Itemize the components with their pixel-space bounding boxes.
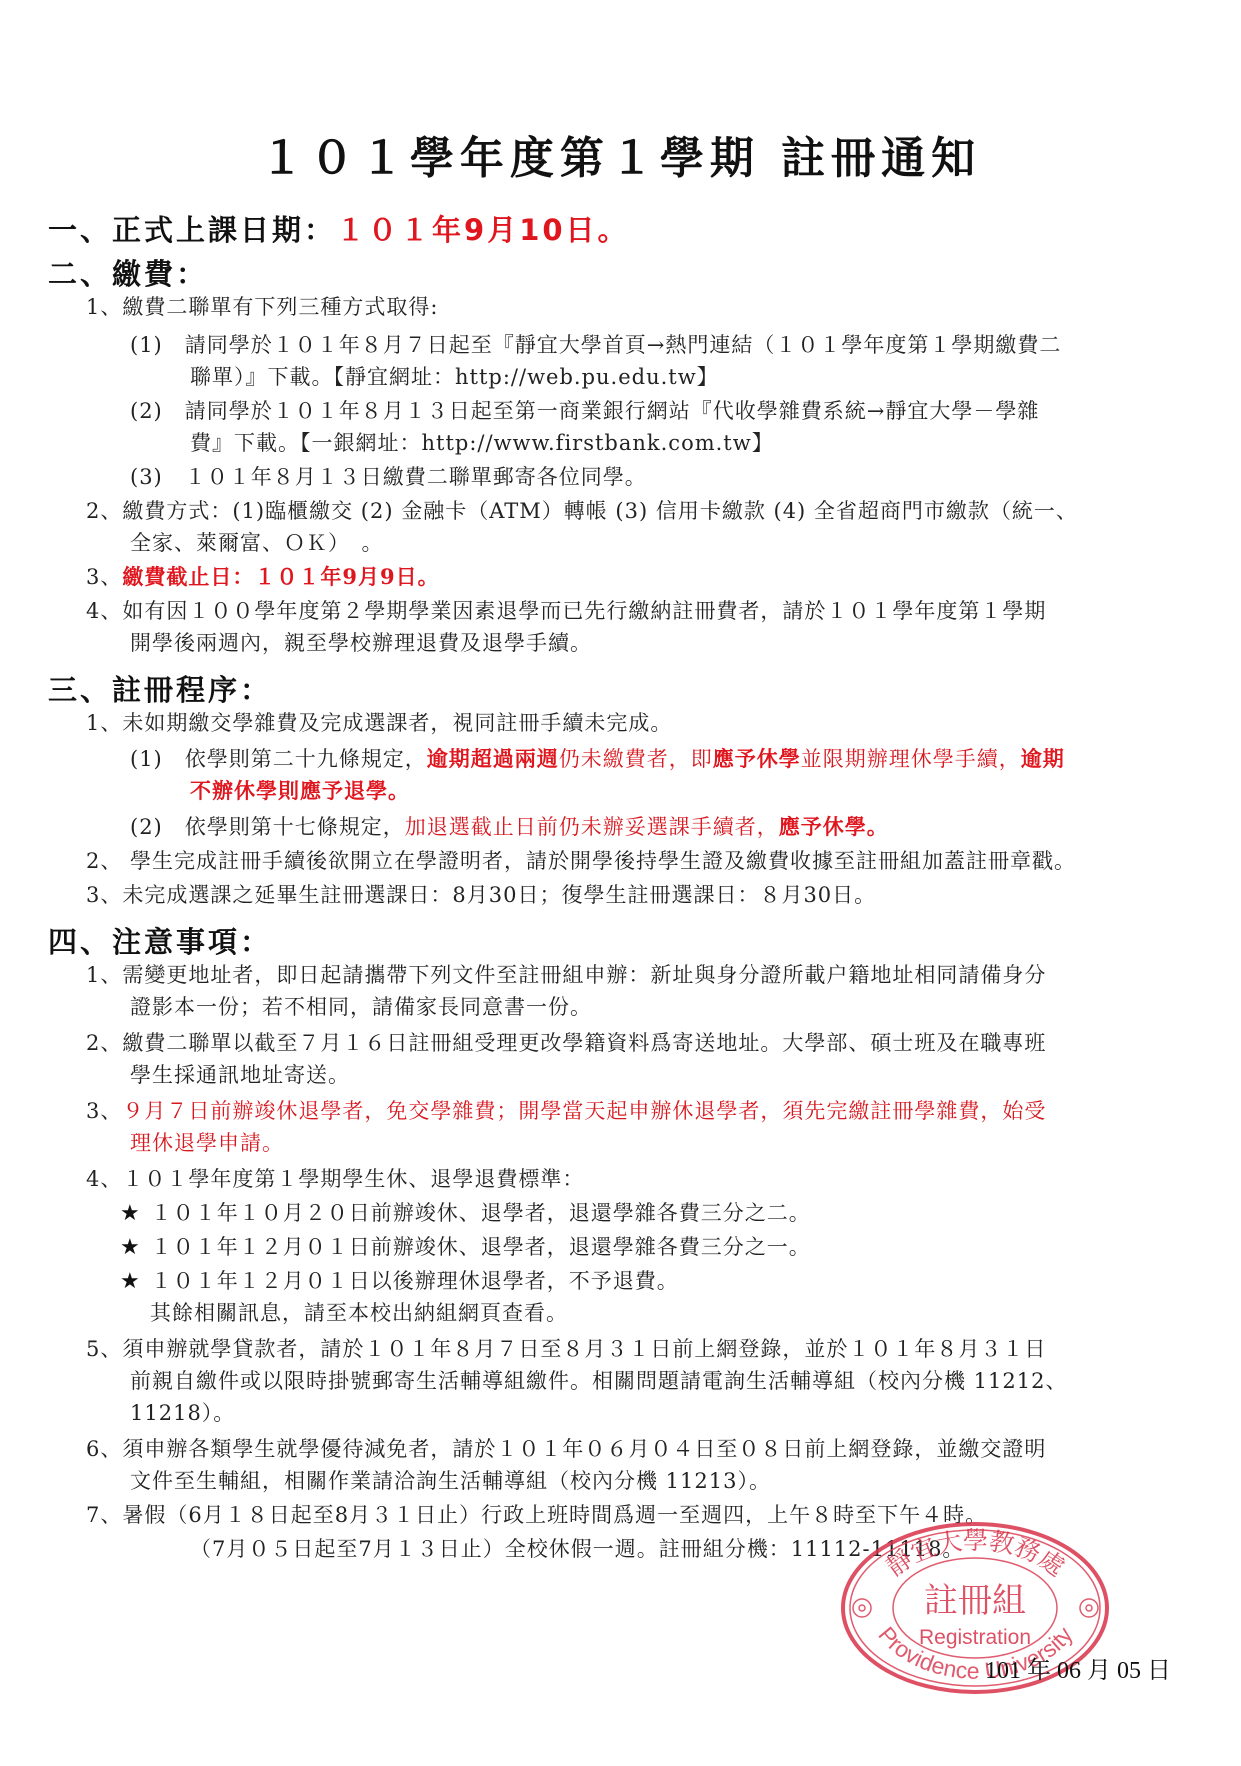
notice-item-1-cont: 證影本一份；若不相同，請備家長同意書一份。 [130, 992, 592, 1022]
refund-more-info: 其餘相關訊息，請至本校出納組網頁查看。 [150, 1298, 568, 1328]
notice-item-4: 4、１０１學年度第１學期學生休、退學退費標準： [86, 1164, 584, 1194]
star-bullet-icon: ★ [120, 1269, 141, 1294]
payment-deadline: 繳費截止日：１０１年9月9日。 [122, 564, 439, 589]
stamp-center-text: 註冊組 [924, 1581, 1026, 1621]
payment-item-3: 3、繳費截止日：１０１年9月9日。 [86, 562, 440, 592]
notice-item-2-cont: 學生採通訊地址寄送。 [130, 1060, 350, 1090]
registration-item-1: 1、未如期繳交學雜費及完成選課者，視同註冊手續未完成。 [86, 708, 672, 738]
refund-standard-2: ★１０１年１２月０１日前辦竣休、退學者，退還學雜各費三分之一。 [120, 1232, 811, 1263]
stamp-english-text: Registration [919, 1626, 1031, 1649]
notice-item-6: 6、須申辦各類學生就學優待減免者，請於１０１年０６月０４日至０８日前上網登錄，並… [86, 1434, 1046, 1464]
payment-method-2-cont: 費』下載。【一銀網址：http://www.firstbank.com.tw】 [190, 428, 774, 458]
notice-item-3: 3、９月７日前辦竣休退學者，免交學雜費；開學當天起申辦休退學者，須先完繳註冊學雜… [86, 1096, 1046, 1126]
notice-item-5-cont2: 11218）。 [130, 1398, 235, 1428]
notice-item-6-cont: 文件至生輔組，相關作業請洽詢生活輔導組（校內分機 11213）。 [130, 1466, 771, 1496]
notice-item-5: 5、須申辦就學貸款者，請於１０１年８月７日至８月３１日前上網登錄，並於１０１年８… [86, 1334, 1046, 1364]
notice-item-1: 1、需變更地址者，即日起請攜帶下列文件至註冊組申辦：新址與身分證所載户籍地址相同… [86, 960, 1046, 990]
class-start-date: １０１年9月10日。 [336, 213, 630, 247]
payment-item-2: 2、繳費方式：(1)臨櫃繳交 (2) 金融卡（ATM）轉帳 (3) 信用卡繳款 … [86, 496, 1078, 526]
payment-method-1: (1) 請同學於１０１年８月７日起至『靜宜大學首頁→熱門連結（１０１學年度第１學… [130, 330, 1061, 360]
payment-item-1: 1、繳費二聯單有下列三種方式取得: [86, 292, 438, 322]
registration-item-3: 3、未完成選課之延畢生註冊選課日：8月30日；復學生註冊選課日：８月30日。 [86, 880, 876, 910]
document-title: １０１學年度第１學期 註冊通知 [0, 122, 1241, 186]
registration-item-2: 2、 學生完成註冊手續後欲開立在學證明者，請於開學後持學生證及繳費收據至註冊組加… [86, 846, 1076, 876]
registration-rule-29: (1) 依學則第二十九條規定，逾期超過兩週仍未繳費者，即應予休學並限期辦理休學手… [130, 744, 1065, 774]
payment-method-1-cont: 聯單）』下載。【靜宜網址：http://web.pu.edu.tw】 [190, 362, 719, 392]
refund-standard-3: ★１０１年１２月０１日以後辦理休退學者，不予退費。 [120, 1266, 679, 1297]
refund-standard-1: ★１０１年１０月２０日前辦竣休、退學者，退還學雜各費三分之二。 [120, 1198, 811, 1229]
payment-item-3-number: 3、 [86, 565, 122, 589]
payment-item-4-cont: 開學後兩週內，親至學校辦理退費及退學手續。 [130, 628, 592, 658]
plum-blossom-icon [853, 1599, 871, 1617]
section-4-heading: 四、注意事項： [48, 920, 272, 961]
plum-blossom-icon [1080, 1599, 1098, 1617]
payment-item-2-cont: 全家、萊爾富、ＯＫ） 。 [130, 528, 384, 558]
payment-item-4: 4、如有因１００學年度第２學期學業因素退學而已先行繳納註冊費者，請於１０１學年度… [86, 596, 1046, 626]
section-1-label: 一、正式上課日期： [48, 213, 336, 247]
section-2-heading: 二、繳費： [48, 252, 208, 293]
star-bullet-icon: ★ [120, 1235, 141, 1260]
withdrawal-fee-notice: ９月７日前辦竣休退學者，免交學雜費；開學當天起申辦休退學者，須先完繳註冊學雜費，… [122, 1099, 1046, 1123]
registration-rule-29-cont: 不辦休學則應予退學。 [190, 776, 410, 806]
notice-item-3-cont: 理休退學申請。 [130, 1128, 284, 1158]
payment-method-2: (2) 請同學於１０１年８月１３日起至第一商業銀行網站『代收學雜費系統→靜宜大學… [130, 396, 1039, 426]
registration-notice-page: １０１學年度第１學期 註冊通知 一、正式上課日期：１０１年9月10日。 二、繳費… [0, 0, 1241, 1766]
section-1-heading: 一、正式上課日期：１０１年9月10日。 [48, 208, 630, 249]
issue-date: 101 年 06 月 05 日 [985, 1650, 1171, 1685]
star-bullet-icon: ★ [120, 1201, 141, 1226]
notice-item-2: 2、繳費二聯單以截至７月１６日註冊組受理更改學籍資料爲寄送地址。大學部、碩士班及… [86, 1028, 1046, 1058]
notice-item-5-cont: 前親自繳件或以限時掛號郵寄生活輔導組繳件。相關問題請電詢生活輔導組（校內分機 1… [130, 1366, 1067, 1396]
section-3-heading: 三、註冊程序： [48, 668, 272, 709]
payment-method-3: (3) １０１年８月１３日繳費二聯單郵寄各位同學。 [130, 462, 647, 492]
registration-rule-17: (2) 依學則第十七條規定，加退選截止日前仍未辦妥選課手續者，應予休學。 [130, 812, 889, 842]
